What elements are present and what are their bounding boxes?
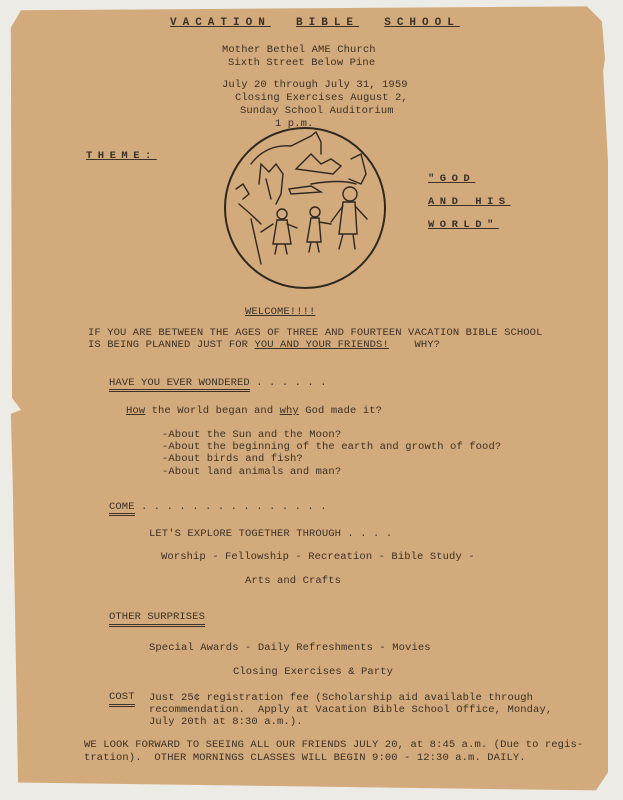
come-dots: . . . . . . . . . . . . . . . <box>135 501 327 513</box>
title-word-school: SCHOOL <box>384 17 460 29</box>
title-word-vacation: VACATION <box>170 17 271 29</box>
document-title: VACATION BIBLE SCHOOL <box>170 17 460 30</box>
closing-line: WE LOOK FORWARD TO SEEING ALL OUR FRIEND… <box>84 739 583 752</box>
come-section: COME . . . . . . . . . . . . . . . <box>109 501 327 514</box>
how-line: How the World began and why God made it? <box>126 405 382 418</box>
activities-line-2: Arts and Crafts <box>245 575 341 588</box>
theme-line-1: "GOD <box>428 173 475 186</box>
wondered-heading: HAVE YOU EVER WONDERED <box>109 377 250 392</box>
intro-why: WHY? <box>389 339 440 351</box>
cost-heading: COST <box>109 691 135 707</box>
cost-line: July 20th at 8:30 a.m.). <box>149 716 303 729</box>
question-item: -About birds and fish? <box>162 453 303 466</box>
closing-date: Closing Exercises August 2, <box>235 92 408 105</box>
wondered-dots: . . . . . . <box>250 377 327 389</box>
theme-god: "GOD <box>428 173 475 185</box>
explore-line: LET'S EXPLORE TOGETHER THROUGH . . . . <box>149 528 392 541</box>
welcome-heading: WELCOME!!!! <box>245 306 315 319</box>
church-name: Mother Bethel AME Church <box>222 44 376 57</box>
closing-line: tration). OTHER MORNINGS CLASSES WILL BE… <box>84 752 526 765</box>
how-text: the World began and <box>145 405 279 417</box>
surprises-line-2: Closing Exercises & Party <box>233 666 393 679</box>
why-word: why <box>280 405 299 417</box>
intro-emphasis: YOU AND YOUR FRIENDS! <box>254 339 388 351</box>
theme-line-2: AND HIS <box>428 196 511 209</box>
activities-line: Worship - Fellowship - Recreation - Bibl… <box>161 551 475 564</box>
title-word-bible: BIBLE <box>296 17 359 29</box>
intro-text: IS BEING PLANNED JUST FOR <box>88 339 254 351</box>
intro-line-2: IS BEING PLANNED JUST FOR YOU AND YOUR F… <box>88 339 440 352</box>
surprises-line: Special Awards - Daily Refreshments - Mo… <box>149 642 431 655</box>
closing-place: Sunday School Auditorium <box>240 105 394 118</box>
hand-drawn-globe-children-icon <box>221 124 389 292</box>
dates: July 20 through July 31, 1959 <box>222 79 408 92</box>
wondered-section: HAVE YOU EVER WONDERED . . . . . . <box>109 377 327 390</box>
come-heading: COME <box>109 501 135 516</box>
theme-label: THEME: <box>86 150 157 163</box>
theme-line-3: WORLD" <box>428 219 499 232</box>
how-end: God made it? <box>299 405 382 417</box>
how-word: How <box>126 405 145 417</box>
question-item: -About land animals and man? <box>162 466 341 479</box>
church-address: Sixth Street Below Pine <box>228 57 375 70</box>
surprises-heading: OTHER SURPRISES <box>109 611 205 627</box>
